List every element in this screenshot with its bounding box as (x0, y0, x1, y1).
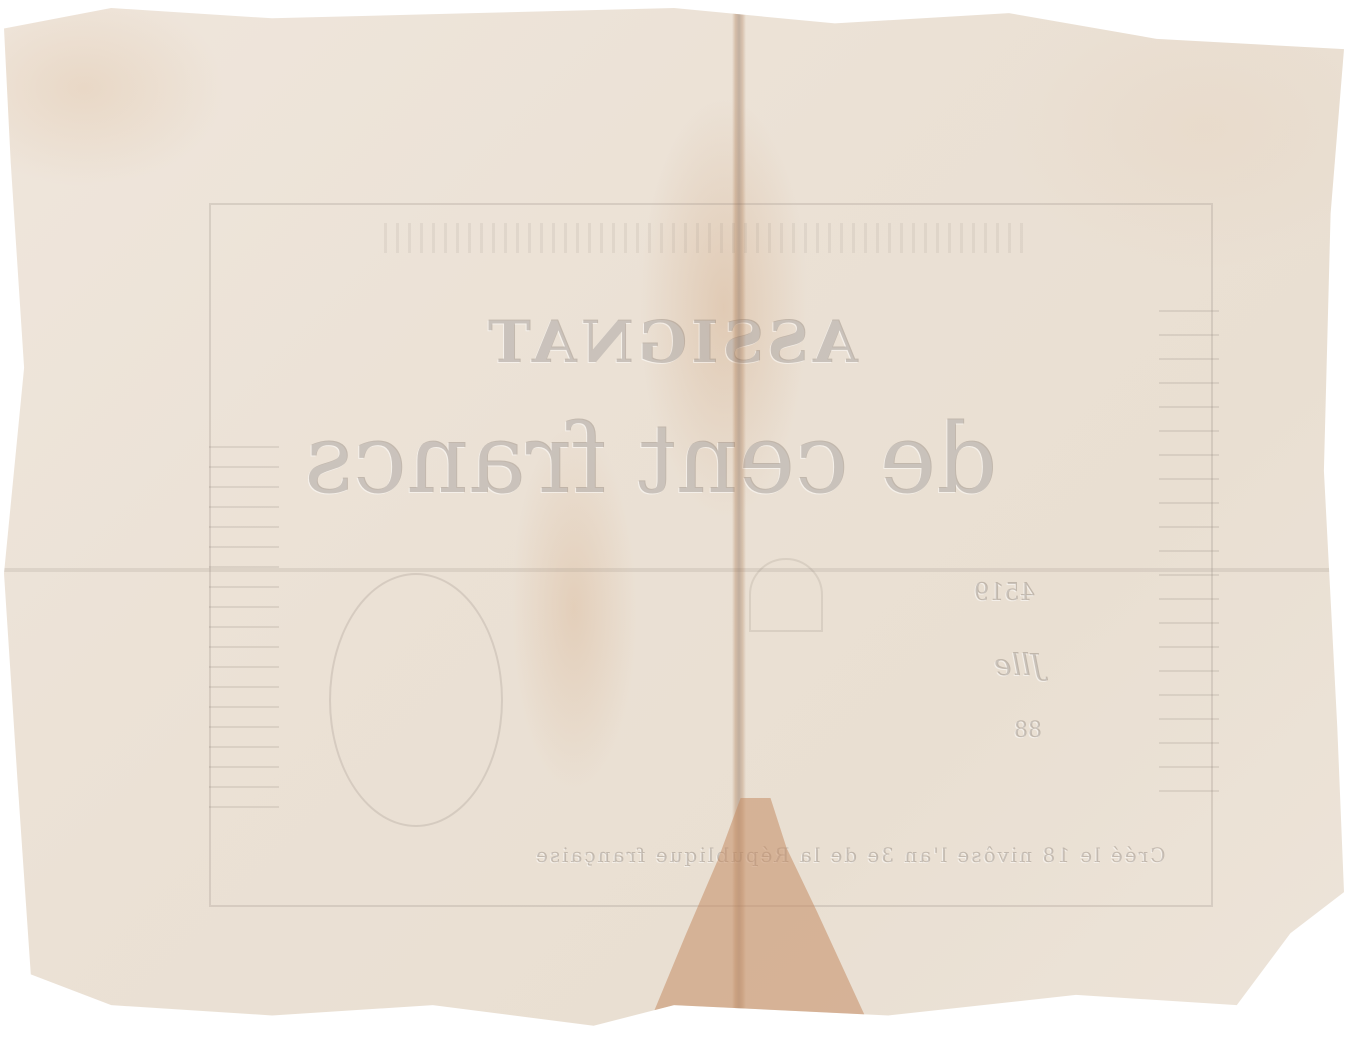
mirrored-series: 88 (1014, 718, 1042, 743)
mirrored-bottom-line: Créé le 18 nivôse l'an 3e de la Républiq… (534, 843, 1165, 867)
small-seal (749, 558, 823, 632)
mirrored-signature: Jlle (994, 648, 1043, 683)
banknote-paper: ASSIGNAT de cent francs 4519 Jlle 88 Cré… (4, 8, 1344, 1036)
mirrored-title: ASSIGNAT (484, 308, 858, 376)
oval-medallion (329, 573, 503, 827)
mirrored-serial: 4519 (974, 578, 1035, 606)
mirrored-value: de cent francs (304, 403, 998, 515)
left-side-panel (209, 428, 279, 808)
right-side-panel (1159, 288, 1219, 808)
